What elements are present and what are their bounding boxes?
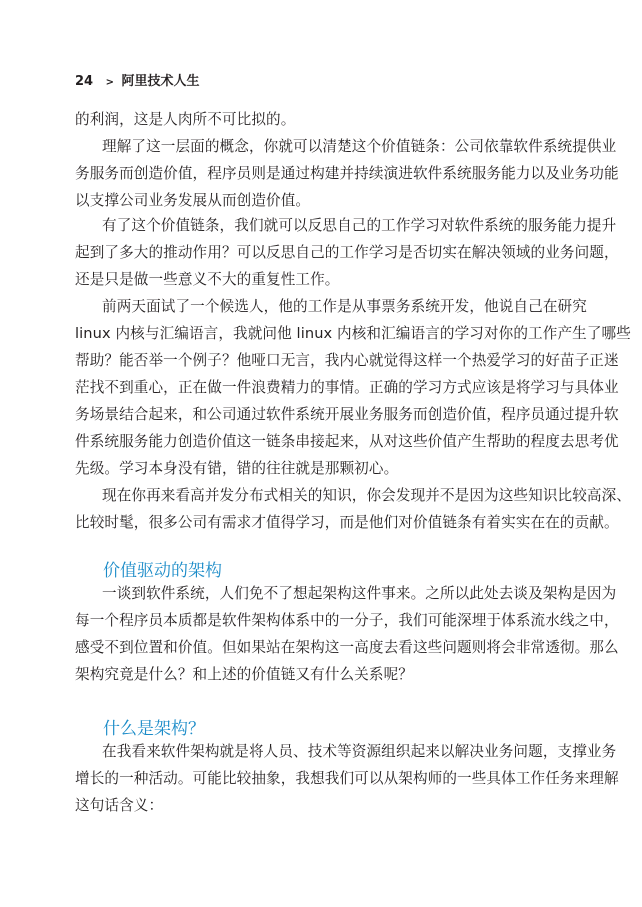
running-header: 24 > 阿里技术人生 [75,70,200,89]
text-line: 还是只是做一些意义不大的重复性工作。 [75,266,553,293]
paragraph-continuation: 的利润，这是人肉所不可比拟的。 [75,106,553,133]
text-line: 感受不到位置和价值。但如果站在架构这一高度去看这些问题则将会非常透彻。那么 [75,634,553,661]
text-line: 务场景结合起来，和公司通过软件系统开展业务服务而创造价值，程序员通过提升软 [75,401,553,428]
text-line: 务服务而创造价值，程序员则是通过构建并持续演进软件系统服务能力以及业务功能 [75,160,553,187]
text-line: 比较时髦，很多公司有需求才值得学习，而是他们对价值链条有着实实在在的贡献。 [75,509,553,536]
text-line: 前两天面试了一个候选人，他的工作是从事票务系统开发，他说自己在研究 [75,293,553,320]
section-heading-what-is-architecture: 什么是架构？ [103,714,205,739]
separator-icon: > [106,77,114,88]
section2-body: 在我看来软件架构就是将人员、技术等资源组织起来以解决业务问题，支撑业务 增长的一… [75,738,553,819]
text-line: 起到了多大的推动作用？可以反思自己的工作学习是否切实在解决领域的业务问题， [75,239,553,266]
text-line: linux 内核与汇编语言，我就问他 linux 内核和汇编语言的学习对你的工作… [75,320,553,347]
text-line: 以支撑公司业务发展从而创造价值。 [75,187,553,214]
text-line: 件系统服务能力创造价值这一链条串接起来，从对这些价值产生帮助的程度去思考优 [75,428,553,455]
section-heading-value-driven-architecture: 价值驱动的架构 [103,556,222,581]
text-line: 一谈到软件系统，人们免不了想起架构这件事来。之所以此处去谈及架构是因为 [75,580,553,607]
text-line: 现在你再来看高并发分布式相关的知识，你会发现并不是因为这些知识比较高深、 [75,482,553,509]
paragraph-high-concurrency: 现在你再来看高并发分布式相关的知识，你会发现并不是因为这些知识比较高深、 比较时… [75,482,553,536]
text-line: 先级。学习本身没有错，错的往往就是那颗初心。 [75,455,553,482]
text-line: 茫找不到重心，正在做一件浪费精力的事情。正确的学习方式应该是将学习与具体业 [75,374,553,401]
text-line: 理解了这一层面的概念，你就可以清楚这个价值链条：公司依靠软件系统提供业 [75,133,553,160]
paragraph-reflection: 有了这个价值链条，我们就可以反思自己的工作学习对软件系统的服务能力提升 起到了多… [75,212,553,293]
text-line: 有了这个价值链条，我们就可以反思自己的工作学习对软件系统的服务能力提升 [75,212,553,239]
text-line: 这句话含义： [75,792,553,819]
text-line: 帮助？能否举一个例子？他哑口无言，我内心就觉得这样一个热爱学习的好苗子正迷 [75,347,553,374]
text-line: 架构究竟是什么？和上述的价值链又有什么关系呢？ [75,661,553,688]
paragraph-value-chain: 理解了这一层面的概念，你就可以清楚这个价值链条：公司依靠软件系统提供业 务服务而… [75,133,553,214]
text-line: 在我看来软件架构就是将人员、技术等资源组织起来以解决业务问题，支撑业务 [75,738,553,765]
text-line: 的利润，这是人肉所不可比拟的。 [75,106,553,133]
paragraph-interview: 前两天面试了一个候选人，他的工作是从事票务系统开发，他说自己在研究 linux … [75,293,553,482]
text-line: 每一个程序员本质都是软件架构体系中的一分子，我们可能深埋于体系流水线之中， [75,607,553,634]
text-line: 增长的一种活动。可能比较抽象，我想我们可以从架构师的一些具体工作任务来理解 [75,765,553,792]
section1-body: 一谈到软件系统，人们免不了想起架构这件事来。之所以此处去谈及架构是因为 每一个程… [75,580,553,688]
book-title: 阿里技术人生 [122,74,200,89]
page-number: 24 [75,74,93,89]
